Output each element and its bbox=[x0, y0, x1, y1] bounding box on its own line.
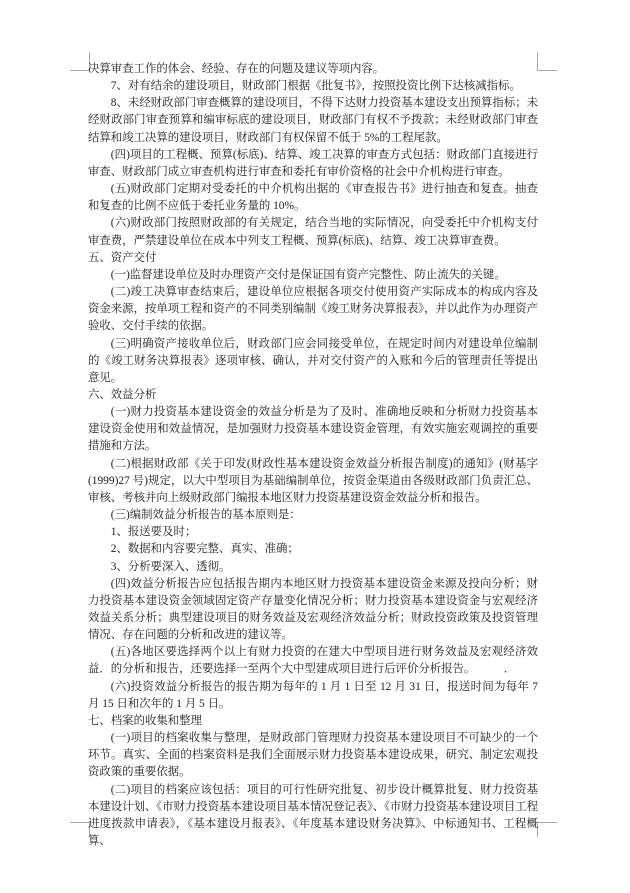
document-page: 决算审查工作的体会、经验、存在的问题及建议等项内容。7、对有结余的建设项目，财政… bbox=[0, 0, 630, 893]
paragraph: 7、对有结余的建设项目，财政部门根据《批复书》，按照投资比例下达核减指标。 bbox=[88, 78, 538, 95]
paragraph: (一)项目的档案收集与整理，是财政部门管理财力投资基本建设项目不可缺少的一个环节… bbox=[88, 730, 538, 781]
paragraph: 1、报送要及时； bbox=[88, 524, 538, 541]
paragraph: (六)财政部门按照财政部的有关规定，结合当地的实际情况，向受委托中介机构支付审查… bbox=[88, 215, 538, 249]
paragraph: (四)效益分析报告应包括报告期内本地区财力投资基本建设资金来源及投向分析；财力投… bbox=[88, 576, 538, 645]
paragraph: (三)明确资产接收单位后，财政部门应会同接受单位，在规定时间内对建设单位编制的《… bbox=[88, 336, 538, 387]
section-heading: 六、效益分析 bbox=[88, 387, 538, 404]
paragraph: (一)监督建设单位及时办理资产交付是保证国有资产完整性、防止流失的关键。 bbox=[88, 267, 538, 284]
paragraph: (四)项目的工程概、预算(标底)、结算、竣工决算的审查方式包括：财政部门直接进行… bbox=[88, 147, 538, 181]
paragraph: (五)财政部门定期对受委托的中介机构出据的《审查报告书》进行抽查和复查。抽查和复… bbox=[88, 181, 538, 215]
margin-mark-top-left-horizontal bbox=[70, 70, 89, 71]
section-heading: 五、资产交付 bbox=[88, 250, 538, 267]
paragraph: 决算审查工作的体会、经验、存在的问题及建议等项内容。 bbox=[88, 61, 538, 78]
document-body: 决算审查工作的体会、经验、存在的问题及建议等项内容。7、对有结余的建设项目，财政… bbox=[88, 61, 538, 850]
margin-mark-top-right-horizontal bbox=[538, 70, 557, 71]
paragraph: (三)编制效益分析报告的基本原则是： bbox=[88, 507, 538, 524]
margin-mark-bottom-left-horizontal bbox=[70, 822, 89, 823]
paragraph: (五)各地区要选择两个以上有财力投资的在建大中型项目进行财务效益及宏观经济效益．… bbox=[88, 644, 538, 678]
paragraph: (二)根据财政部《关于印发(财政性基本建设资金效益分析报告制度)的通知》(财基字… bbox=[88, 456, 538, 507]
paragraph: 8、未经财政部门审查概算的建设项目，不得下达财力投资基本建设支出预算指标；未经财… bbox=[88, 95, 538, 146]
paragraph: (二)项目的档案应该包括：项目的可行性研究批复、初步设计概算批复、财力投资基本建… bbox=[88, 782, 538, 851]
paragraph: (六)投资效益分析报告的报告期为每年的 1 月 1 日至 12 月 31 日，报… bbox=[88, 679, 538, 713]
paragraph: 2、数据和内容要完整、真实、准确； bbox=[88, 541, 538, 558]
margin-mark-bottom-right-horizontal bbox=[538, 822, 557, 823]
paragraph: (二)竣工决算审查结束后，建设单位应根据各项交付使用资产实际成本的构成内容及资金… bbox=[88, 284, 538, 335]
paragraph: 3、分析要深入、透彻。 bbox=[88, 559, 538, 576]
section-heading: 七、档案的收集和整理 bbox=[88, 713, 538, 730]
paragraph: (一)财力投资基本建设资金的效益分析是为了及时、准确地反映和分析财力投资基本建设… bbox=[88, 404, 538, 455]
